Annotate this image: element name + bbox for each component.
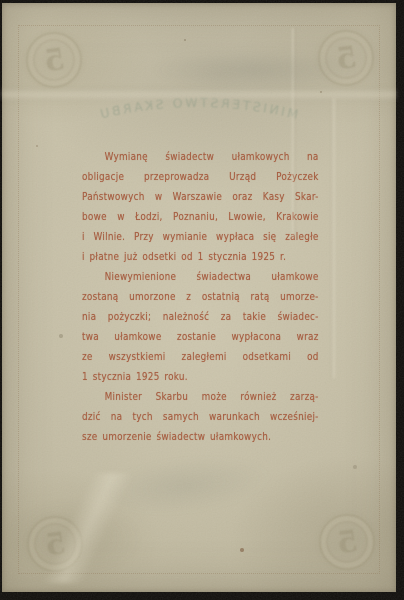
text-line: i Wilnie. Przy wymianie wypłaca się zale… bbox=[82, 228, 319, 248]
mirrored-numeral: 5 bbox=[41, 41, 67, 79]
paper-sheet: MINISTERSTWO SKARBU 5 5 5 5 Wymianę świa… bbox=[2, 3, 396, 592]
text-line: Wymianę świadectw ułamkowych na bbox=[82, 148, 319, 168]
text-line: obligacje przeprowadza Urząd Pożyczek bbox=[82, 168, 319, 188]
text-block: Wymianę świadectw ułamkowych naobligacje… bbox=[82, 148, 319, 448]
vertical-crease bbox=[331, 98, 336, 378]
text-line: bowe w Łodzi, Poznaniu, Lwowie, Krakowie bbox=[82, 208, 319, 228]
text-line: ze wszystkiemi zaległemi odsetkami od bbox=[82, 348, 319, 368]
stain bbox=[8, 473, 168, 583]
text-line: 1 stycznia 1925 roku. bbox=[82, 368, 319, 388]
text-line: twa ułamkowe zostanie wypłacona wraz bbox=[82, 328, 319, 348]
text-line: dzić na tych samych warunkach wcześniej- bbox=[82, 408, 319, 428]
mirrored-numeral: 5 bbox=[334, 523, 360, 561]
text-line: nia pożyczki; należność za takie świadec… bbox=[82, 308, 319, 328]
corner-medallion-bottom-right: 5 bbox=[319, 514, 375, 570]
text-line: zostaną umorzone z ostatnią ratą umorze- bbox=[82, 288, 319, 308]
paper-flecks bbox=[2, 3, 4, 5]
text-line: Minister Skarbu może również zarzą- bbox=[82, 388, 319, 408]
text-line: sze umorzenie świadectw ułamkowych. bbox=[82, 428, 319, 448]
horizontal-crease bbox=[2, 87, 396, 101]
text-line: i płatne już odsetki od 1 stycznia 1925 … bbox=[82, 248, 319, 268]
text-line: Państwowych w Warszawie oraz Kasy Skar- bbox=[82, 188, 319, 208]
banknote-scan: MINISTERSTWO SKARBU 5 5 5 5 Wymianę świa… bbox=[0, 0, 404, 600]
corner-medallion-top-left: 5 bbox=[26, 32, 82, 88]
stain bbox=[152, 49, 357, 91]
text-line: Niewymienione świadectwa ułamkowe bbox=[82, 268, 319, 288]
